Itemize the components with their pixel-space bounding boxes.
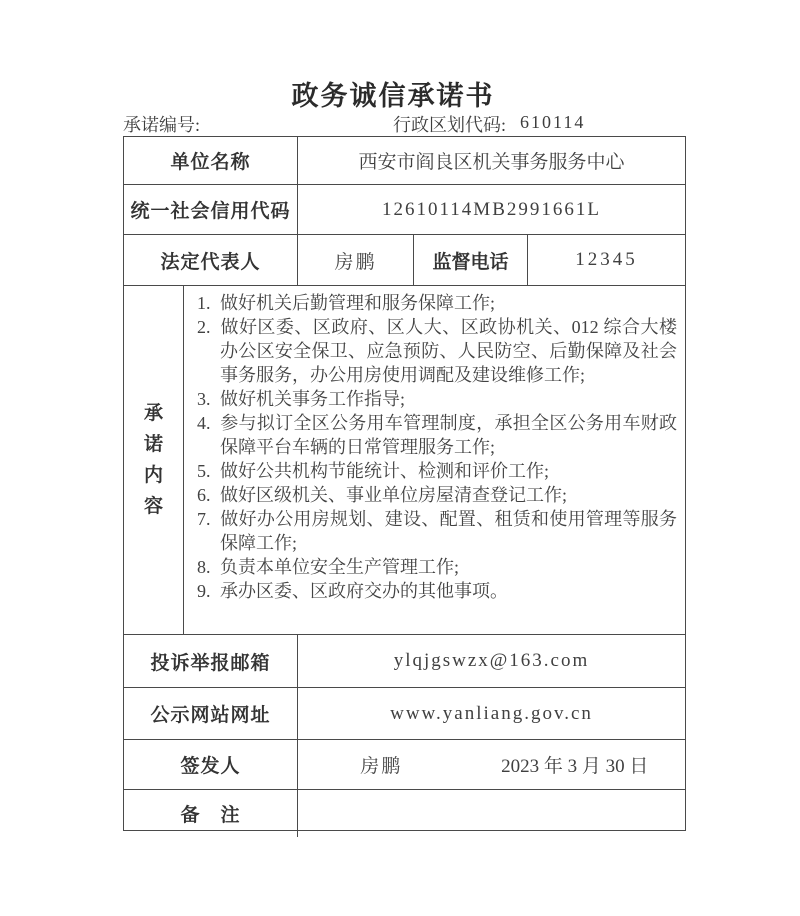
public-website-row: 公示网站网址 www.yanliang.gov.cn <box>124 687 685 739</box>
commitment-item: 1.做好机关后勤管理和服务保障工作; <box>197 291 677 315</box>
region-code-value: 610114 <box>520 112 585 133</box>
remarks-label: 备 注 <box>124 790 297 837</box>
issuer-name: 房鹏 <box>298 751 464 778</box>
header-line: 承诺编号: 行政区划代码: 610114 <box>123 111 684 135</box>
commitments-label-char: 诺 <box>144 429 163 460</box>
unit-name-label: 单位名称 <box>124 137 297 184</box>
commitment-item-text: 做好办公用房规划、建设、配置、租赁和使用管理等服务保障工作; <box>220 509 677 553</box>
unit-name-row: 单位名称 西安市阎良区机关事务服务中心 <box>124 137 685 184</box>
commitment-item-number: 8. <box>197 555 220 579</box>
issuer-row: 签发人 房鹏 2023 年 3 月 30 日 <box>124 739 685 789</box>
commitment-item-text: 做好区委、区政府、区人大、区政协机关、012 综合大楼办公区安全保卫、应急预防、… <box>220 317 677 385</box>
commitments-label: 承 诺 内 容 <box>124 286 183 634</box>
legal-rep-row: 法定代表人 房鹏 监督电话 12345 <box>124 234 685 285</box>
credit-code-label: 统一社会信用代码 <box>124 185 297 234</box>
complaint-email-row: 投诉举报邮箱 ylqjgswzx@163.com <box>124 634 685 687</box>
commitment-item: 7.做好办公用房规划、建设、配置、租赁和使用管理等服务保障工作; <box>197 507 677 555</box>
commitments-row: 承 诺 内 容 1.做好机关后勤管理和服务保障工作; 2.做好区委、区政府、区人… <box>124 285 685 634</box>
complaint-email-label: 投诉举报邮箱 <box>124 635 297 687</box>
commitment-item-text: 做好公共机构节能统计、检测和评价工作; <box>220 461 549 481</box>
commitment-item: 3.做好机关事务工作指导; <box>197 387 677 411</box>
document-page: { "document": { "title": "政务诚信承诺书", "hea… <box>0 0 800 916</box>
commitment-item-text: 做好区级机关、事业单位房屋清查登记工作; <box>220 485 567 505</box>
supervisor-phone-value: 12345 <box>527 235 685 285</box>
commitment-item-number: 2. <box>197 315 220 339</box>
commitments-label-char: 承 <box>144 398 163 429</box>
promise-number-label: 承诺编号: <box>123 111 200 137</box>
complaint-email-value: ylqjgswzx@163.com <box>297 635 685 687</box>
commitment-item-text: 参与拟订全区公务用车管理制度，承担全区公务用车财政保障平台车辆的日常管理服务工作… <box>220 413 677 457</box>
legal-rep-value: 房鹏 <box>297 235 413 285</box>
commitment-item-number: 3. <box>197 387 220 411</box>
commitment-item-text: 承办区委、区政府交办的其他事项。 <box>220 581 508 601</box>
commitments-label-char: 内 <box>144 460 163 491</box>
issuer-content: 房鹏 2023 年 3 月 30 日 <box>297 740 685 789</box>
commitment-item-number: 9. <box>197 579 220 603</box>
issuer-date: 2023 年 3 月 30 日 <box>464 751 685 778</box>
page-title: 政务诚信承诺书 <box>0 74 786 113</box>
commitment-item: 8.负责本单位安全生产管理工作; <box>197 555 677 579</box>
credit-code-value: 12610114MB2991661L <box>297 185 685 234</box>
public-website-value: www.yanliang.gov.cn <box>297 688 685 739</box>
commitment-item-number: 6. <box>197 483 220 507</box>
credit-code-row: 统一社会信用代码 12610114MB2991661L <box>124 184 685 234</box>
region-code-label: 行政区划代码: <box>393 111 506 137</box>
legal-rep-label: 法定代表人 <box>124 235 297 285</box>
commitment-item-number: 7. <box>197 507 220 531</box>
commitment-table: 单位名称 西安市阎良区机关事务服务中心 统一社会信用代码 12610114MB2… <box>123 136 686 831</box>
commitment-item: 2.做好区委、区政府、区人大、区政协机关、012 综合大楼办公区安全保卫、应急预… <box>197 315 677 387</box>
commitment-item-number: 5. <box>197 459 220 483</box>
issuer-label: 签发人 <box>124 740 297 789</box>
commitment-item: 9.承办区委、区政府交办的其他事项。 <box>197 579 677 603</box>
public-website-label: 公示网站网址 <box>124 688 297 739</box>
commitment-item-text: 做好机关事务工作指导; <box>220 389 405 409</box>
commitment-item-number: 4. <box>197 411 220 435</box>
commitment-item-text: 负责本单位安全生产管理工作; <box>220 557 459 577</box>
unit-name-value: 西安市阎良区机关事务服务中心 <box>297 137 685 184</box>
remarks-row: 备 注 <box>124 789 685 837</box>
commitments-label-char: 容 <box>144 491 163 522</box>
supervisor-phone-label: 监督电话 <box>413 235 527 285</box>
commitments-content: 1.做好机关后勤管理和服务保障工作; 2.做好区委、区政府、区人大、区政协机关、… <box>183 286 685 634</box>
commitment-item: 5.做好公共机构节能统计、检测和评价工作; <box>197 459 677 483</box>
commitment-item-text: 做好机关后勤管理和服务保障工作; <box>220 293 495 313</box>
remarks-value <box>297 790 685 837</box>
commitments-label-vertical: 承 诺 内 容 <box>144 398 163 522</box>
commitment-item: 6.做好区级机关、事业单位房屋清查登记工作; <box>197 483 677 507</box>
commitment-item-number: 1. <box>197 291 220 315</box>
commitment-item: 4.参与拟订全区公务用车管理制度，承担全区公务用车财政保障平台车辆的日常管理服务… <box>197 411 677 459</box>
